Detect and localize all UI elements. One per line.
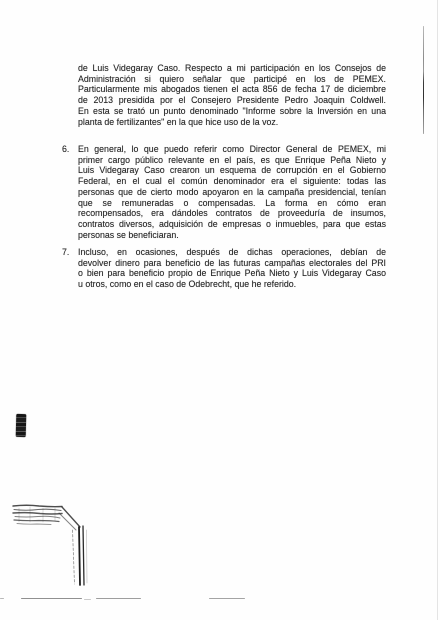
paragraph-continuation: de Luis Videgaray Caso. Respecto a mi pa… (62, 63, 386, 127)
text-line: Administración si quiero señalar que par… (78, 74, 386, 85)
scan-page-edge (437, 0, 438, 620)
paragraph-6: 6. En general, lo que puedo referir como… (62, 144, 386, 240)
text-line: contratos diversos, adquisición de empre… (78, 219, 386, 230)
scan-bottom-line (84, 599, 91, 600)
scan-bottom-line (96, 598, 141, 599)
text-line: En general, lo que puedo referir como Di… (78, 144, 386, 155)
text-line: Federal, en el cual el común denominador… (78, 176, 386, 187)
paragraph-lines: Incluso, en ocasiones, después de dichas… (78, 247, 386, 290)
scan-bottom-line (209, 598, 245, 599)
paragraph-number: 6. (62, 144, 78, 240)
paragraph-number (62, 63, 78, 127)
text-line: En esta se trató un punto denominado "In… (78, 106, 386, 117)
text-line: planta de fertilizantes" en la que hice … (78, 117, 386, 128)
text-line: Luis Videgaray Caso crearon un esquema d… (78, 165, 386, 176)
scan-corner-fold-artifact (10, 500, 95, 592)
scan-bottom-line (21, 598, 82, 599)
text-line: personas que de cierto modo apoyaron en … (78, 187, 386, 198)
text-line: u otros, como en el caso de Odebrecht, q… (78, 279, 386, 290)
text-line: o bien para beneficio propio de Enrique … (78, 268, 386, 279)
text-line: Incluso, en ocasiones, después de dichas… (78, 247, 386, 258)
text-line: personas se beneficiaran. (78, 230, 386, 241)
text-line: de 2013 presidida por el Consejero Presi… (78, 95, 386, 106)
text-line: de Luis Videgaray Caso. Respecto a mi pa… (78, 63, 386, 74)
text-line: que se remuneradas o compensadas. La for… (78, 198, 386, 209)
text-line: Particularmente mis abogados tienen el a… (78, 84, 386, 95)
scanned-document-page: de Luis Videgaray Caso. Respecto a mi pa… (0, 0, 440, 620)
text-line: recompensados, era dándoles contratos de… (78, 208, 386, 219)
paragraph-7: 7. Incluso, en ocasiones, después de dic… (62, 247, 386, 290)
text-line: primer cargo público relevante en el paí… (78, 155, 386, 166)
text-line: devolver dinero para beneficio de las fu… (78, 258, 386, 269)
scan-bottom-line (0, 598, 4, 599)
paragraph-lines: En general, lo que puedo referir como Di… (78, 144, 386, 240)
paragraph-lines: de Luis Videgaray Caso. Respecto a mi pa… (78, 63, 386, 127)
paragraph-number: 7. (62, 247, 78, 290)
ink-smudge (16, 414, 27, 437)
